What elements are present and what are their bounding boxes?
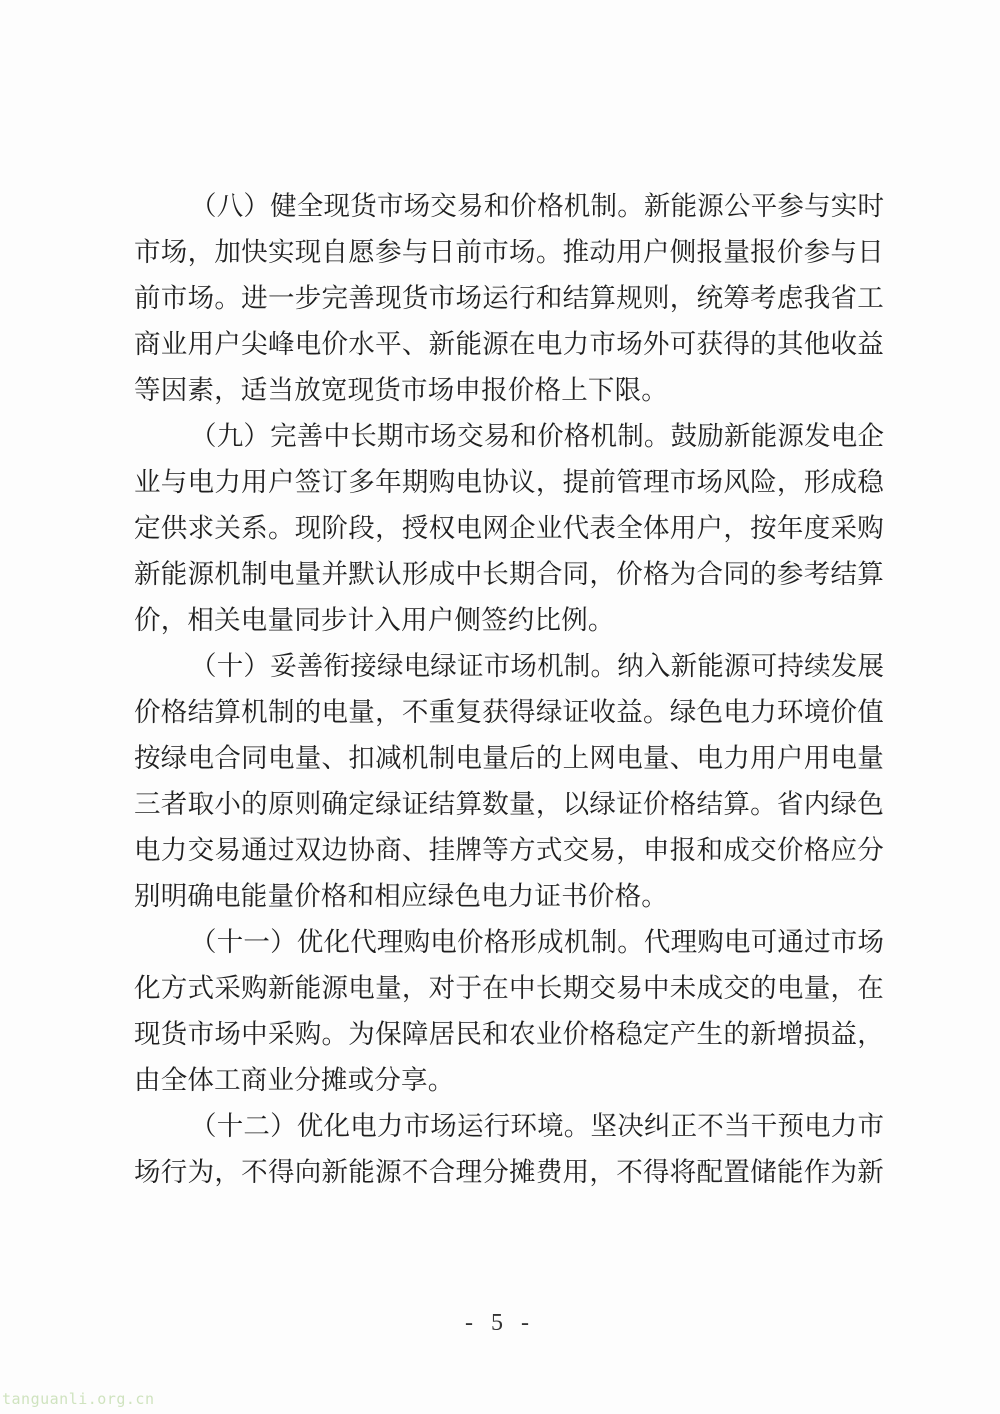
- document-page: （八）健全现货市场交易和价格机制。新能源公平参与实时 市场，加快实现自愿参与日前…: [0, 0, 1000, 1414]
- text-line: 现货市场中采购。为保障居民和农业价格稳定产生的新增损益，: [134, 1012, 884, 1058]
- text-line: （十二）优化电力市场运行环境。坚决纠正不当干预电力市: [134, 1104, 884, 1150]
- text-line: （十一）优化代理购电价格形成机制。代理购电可通过市场: [134, 920, 884, 966]
- text-line: 定供求关系。现阶段，授权电网企业代表全体用户，按年度采购: [134, 506, 884, 552]
- text-line: 别明确电能量价格和相应绿色电力证书价格。: [134, 874, 884, 920]
- text-line: 前市场。进一步完善现货市场运行和结算规则，统筹考虑我省工: [134, 276, 884, 322]
- body-text: （八）健全现货市场交易和价格机制。新能源公平参与实时 市场，加快实现自愿参与日前…: [134, 184, 884, 1196]
- text-line: 等因素，适当放宽现货市场申报价格上下限。: [134, 368, 884, 414]
- text-line: 业与电力用户签订多年期购电协议，提前管理市场风险，形成稳: [134, 460, 884, 506]
- text-line: 按绿电合同电量、扣减机制电量后的上网电量、电力用户用电量: [134, 736, 884, 782]
- text-line: 价格结算机制的电量，不重复获得绿证收益。绿色电力环境价值: [134, 690, 884, 736]
- paragraph-9: （九）完善中长期市场交易和价格机制。鼓励新能源发电企 业与电力用户签订多年期购电…: [134, 414, 884, 644]
- text-line: （八）健全现货市场交易和价格机制。新能源公平参与实时: [134, 184, 884, 230]
- text-line: 三者取小的原则确定绿证结算数量，以绿证价格结算。省内绿色: [134, 782, 884, 828]
- text-line: （九）完善中长期市场交易和价格机制。鼓励新能源发电企: [134, 414, 884, 460]
- text-line: （十）妥善衔接绿电绿证市场机制。纳入新能源可持续发展: [134, 644, 884, 690]
- text-line: 新能源机制电量并默认形成中长期合同，价格为合同的参考结算: [134, 552, 884, 598]
- text-line: 场行为，不得向新能源不合理分摊费用，不得将配置储能作为新: [134, 1150, 884, 1196]
- text-line: 商业用户尖峰电价水平、新能源在电力市场外可获得的其他收益: [134, 322, 884, 368]
- text-line: 电力交易通过双边协商、挂牌等方式交易，申报和成交价格应分: [134, 828, 884, 874]
- text-line: 市场，加快实现自愿参与日前市场。推动用户侧报量报价参与日: [134, 230, 884, 276]
- text-line: 由全体工商业分摊或分享。: [134, 1058, 884, 1104]
- paragraph-12: （十二）优化电力市场运行环境。坚决纠正不当干预电力市 场行为，不得向新能源不合理…: [134, 1104, 884, 1196]
- text-line: 价，相关电量同步计入用户侧签约比例。: [134, 598, 884, 644]
- text-line: 化方式采购新能源电量，对于在中长期交易中未成交的电量，在: [134, 966, 884, 1012]
- paragraph-8: （八）健全现货市场交易和价格机制。新能源公平参与实时 市场，加快实现自愿参与日前…: [134, 184, 884, 414]
- page-number: - 5 -: [0, 1310, 1000, 1337]
- site-watermark: tanguanli.org.cn: [2, 1390, 155, 1408]
- paragraph-10: （十）妥善衔接绿电绿证市场机制。纳入新能源可持续发展 价格结算机制的电量，不重复…: [134, 644, 884, 920]
- paragraph-11: （十一）优化代理购电价格形成机制。代理购电可通过市场 化方式采购新能源电量，对于…: [134, 920, 884, 1104]
